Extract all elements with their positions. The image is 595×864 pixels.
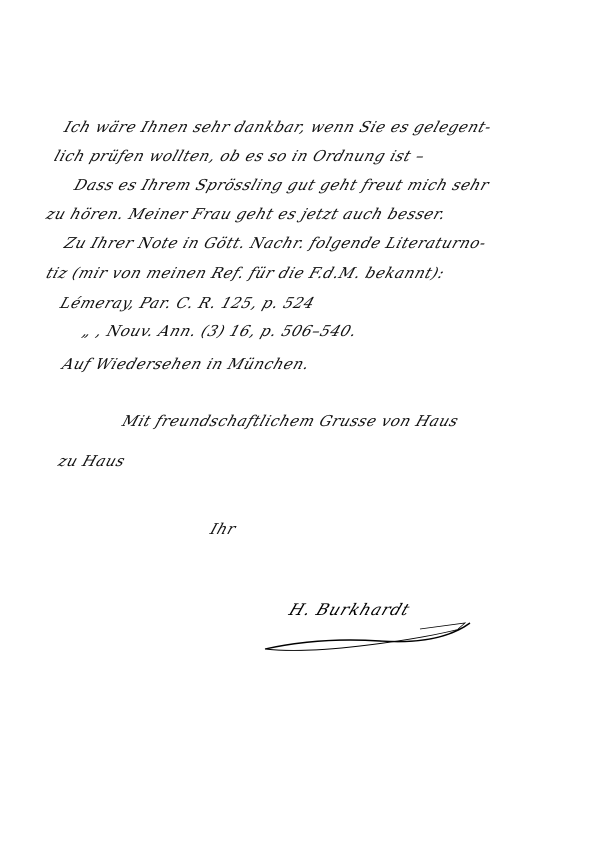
- letter-line-5: Zu Ihrer Note in Gött. Nachr. folgende L…: [62, 234, 489, 252]
- letter-page: Ich wäre Ihnen sehr dankbar, wenn Sie es…: [0, 0, 595, 864]
- greeting-line-1: Mit freundschaftlichem Grusse von Haus: [120, 412, 461, 430]
- letter-line-2: lich prüfen wollten, ob es so in Ordnung…: [52, 147, 427, 165]
- closing-word: Ihr: [208, 520, 238, 538]
- reference-line-2: „ , Nouv. Ann. (3) 16, p. 506–540.: [80, 322, 359, 340]
- letter-line-4: zu hören. Meiner Frau geht es jetzt auch…: [44, 205, 448, 223]
- letter-line-3: Dass es Ihrem Sprössling gut geht freut …: [72, 176, 492, 194]
- farewell-line: Auf Wiedersehen in München.: [60, 355, 312, 373]
- reference-line-1: Lémeray, Par. C. R. 125, p. 524: [58, 294, 317, 312]
- letter-line-6: tiz (mir von meinen Ref. für die F.d.M. …: [44, 264, 447, 282]
- greeting-line-2: zu Haus: [56, 452, 128, 470]
- letter-line-1: Ich wäre Ihnen sehr dankbar, wenn Sie es…: [62, 118, 494, 136]
- signature-flourish-icon: [260, 615, 475, 655]
